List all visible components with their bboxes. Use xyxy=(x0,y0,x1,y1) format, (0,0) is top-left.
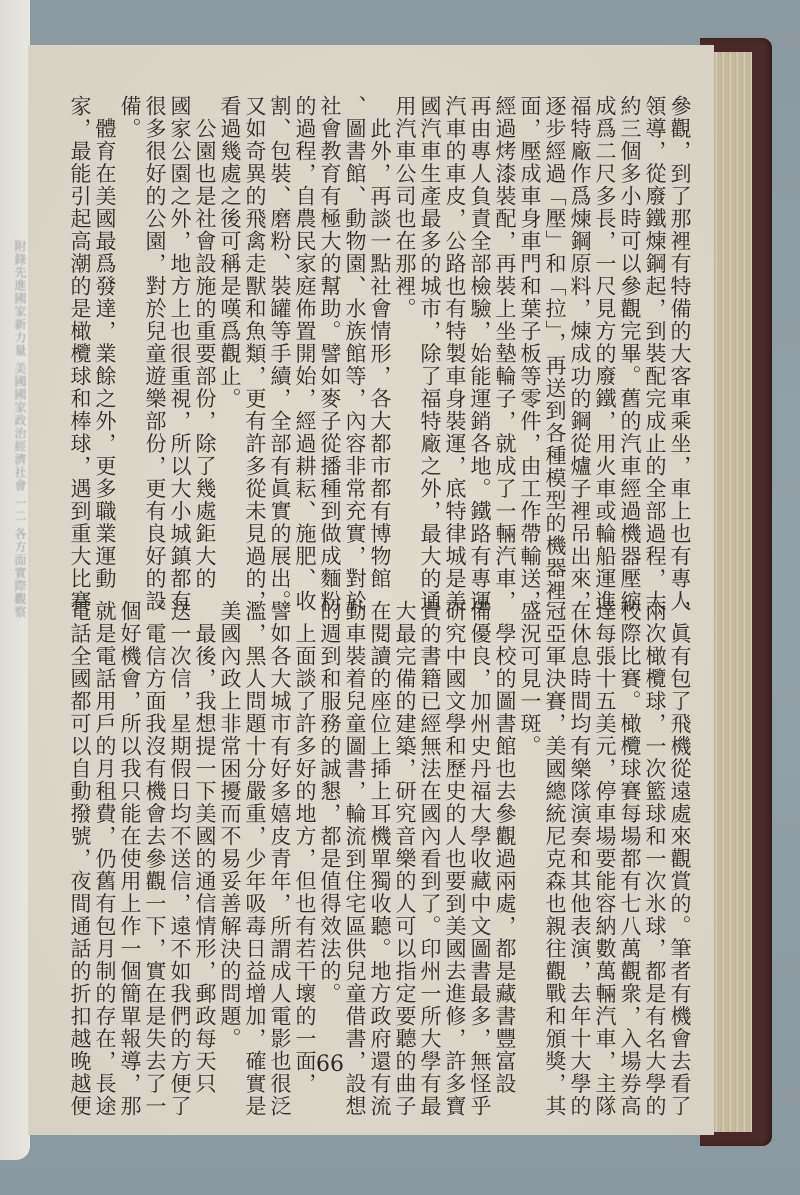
text-column: 送一次信，星期假日均不送信，遠不如我們的方便了 xyxy=(167,600,192,1045)
text-column: 個好機會，所以我只能在使用上作一個簡單報導，那 xyxy=(117,600,142,1045)
text-column: 再由專人負責全部檢驗，始能運銷各地。鐵路有專運 xyxy=(467,95,492,565)
text-column: 體育在美國最爲發達，業餘之外，更多職業運動 xyxy=(92,95,117,565)
text-column: 就是電話用戶的月租費，仍舊有包月制的存在，長途 xyxy=(92,600,117,1045)
text-column: 福特廠作爲煉鋼原料，煉成功的鋼從爐子裡吊出來， xyxy=(567,95,592,565)
text-column: 冠亞軍決賽，美國總統尼克森也親往觀戰和頒獎，其 xyxy=(542,600,567,1045)
text-column: 社會教育有極大的幫助。譬如麥子從播種到做成麵粉 xyxy=(317,95,342,565)
text-column: 備。 xyxy=(117,95,142,565)
text-column: 盛況可見一斑。 xyxy=(517,600,542,1045)
text-block-bottom: ，眞有包了飛機從遠處來觀賞的。筆者有機會去看了 兩次橄欖球，一次籃球和一次氷球，… xyxy=(82,600,692,1045)
text-column: 領導，從廢鐵煉鋼起，到裝配完成止的全部過程，大 xyxy=(642,95,667,565)
previous-page-text: 附錄先進國家新力量 美國國家政治經濟社會 一二 各方面實際觀察 xyxy=(4,240,26,940)
text-column: 的週到和服務的誠懇，都是值得效法的。 xyxy=(317,600,342,1045)
text-column: 譬如各大城市有好多嬉皮青年，所謂成人電影也很泛 xyxy=(267,600,292,1045)
text-column: 又如奇異的飛禽走獸和魚類，更有許多從未見過的， xyxy=(242,95,267,565)
page-edges xyxy=(712,52,752,1132)
text-column: 最後，我想提一下美國的通信情形，郵政每天只 xyxy=(192,600,217,1045)
text-column: 美國內政上非常困擾而不易妥善解決的問題。 xyxy=(217,600,242,1045)
text-column: 很多很好的公園，對於兒童遊樂部份，更有良好的設 xyxy=(142,95,167,565)
text-column: 的過程，自農民家庭佈置開始，經過耕耘、施肥、收 xyxy=(292,95,317,565)
text-column: 大最完備的建築，研究音樂的人可以指定要聽的曲子 xyxy=(392,600,417,1045)
text-column: 汽車的車皮，公路也有特製車身裝運，底特律城是美 xyxy=(442,95,467,565)
text-column: 在閱讀的座位上揷上耳機單獨收聽。地方政府還有流 xyxy=(367,600,392,1045)
text-column: 國家公園之外，地方上也很重視，所以大小城鎮都有 xyxy=(167,95,192,565)
text-column: 用汽車公司也在那裡。 xyxy=(392,95,417,565)
text-column: 。電信方面我沒有機會去參觀一下，實在是失去了一 xyxy=(142,600,167,1045)
text-block-top: 參觀，到了那裡有特備的大客車乘坐，車上也有專人 領導，從廢鐵煉鋼起，到裝配完成止… xyxy=(82,95,692,565)
text-column: 電話全國都可以自動撥號，夜間通話的折扣越晚越便 xyxy=(67,600,92,1045)
text-column: 公園也是社會設施的重要部份，除了幾處鉅大的 xyxy=(192,95,217,565)
text-column: 學校的圖書館也去參觀過兩處，都是藏書豐富設 xyxy=(492,600,517,1045)
previous-page-curl: 附錄先進國家新力量 美國國家政治經濟社會 一二 各方面實際觀察 xyxy=(0,0,30,1160)
page-number: 66 xyxy=(316,1052,344,1077)
text-column: 達每張十五美元，停車場要能容納數萬輛汽車，主隊 xyxy=(592,600,617,1045)
text-column: ，眞有包了飛機從遠處來觀賞的。筆者有機會去看了 xyxy=(667,600,692,1045)
text-column: 割、包裝、磨粉、裝罐等手續，全部有眞實的展出。 xyxy=(267,95,292,565)
text-column: 約三個多小時可以參觀完畢。舊的汽車經過機器壓縮 xyxy=(617,95,642,565)
text-column: 成爲二尺多長，一尺見方的廢鐵，用火車或輪船運進 xyxy=(592,95,617,565)
text-column: 校際比賽。橄欖球賽每場都有七八萬觀衆，入場券高 xyxy=(617,600,642,1045)
text-column: 備優良，加州史丹福大學收藏中文圖書最多，無怪乎 xyxy=(467,600,492,1045)
text-column: 國汽車生產最多的城市，除了福特廠之外，最大的通 xyxy=(417,95,442,565)
text-column: 濫，黑人問題十分嚴重，少年吸毒日益增加，確實是 xyxy=(242,600,267,1045)
text-column: 參觀，到了那裡有特備的大客車乘坐，車上也有專人 xyxy=(667,95,692,565)
text-column: 在休息時間均有樂隊演奏和其他表演，去年十大學的 xyxy=(567,600,592,1045)
text-column: 上面談了許多好的地方，但也有若干壞的一面， xyxy=(292,600,317,1045)
text-column: 兩次橄欖球，一次籃球和一次氷球，都是有名大學的 xyxy=(642,600,667,1045)
text-column: 此外，再談一點社會情形，各大都市都有博物館 xyxy=(367,95,392,565)
text-column: 貴的書籍已經無法在國內看到了。印州一所大學有最 xyxy=(417,600,442,1045)
text-column: 研究中國文學和歷史的人也要到美國去進修，許多寶 xyxy=(442,600,467,1045)
text-column: 逐步經過「壓」和「拉」，再送到各種模型的機器裡 xyxy=(542,95,567,565)
text-column: 、圖書館、動物園、水族館等，內容非常充實，對於 xyxy=(342,95,367,565)
text-column: 經過烤漆裝配，再裝上坐墊輪子，就成了一輛汽車， xyxy=(492,95,517,565)
text-column: 動車裝着兒童圖書，輪流到住宅區供兒童借書，設想 xyxy=(342,600,367,1045)
text-column: 家，最能引起高潮的是橄欖球和棒球，遇到重大比賽 xyxy=(67,95,92,565)
text-column: 看過幾處之後可稱是嘆爲觀止。 xyxy=(217,95,242,565)
text-column: 面，壓成車身車門和葉子板等零件，由工作帶輸送， xyxy=(517,95,542,565)
